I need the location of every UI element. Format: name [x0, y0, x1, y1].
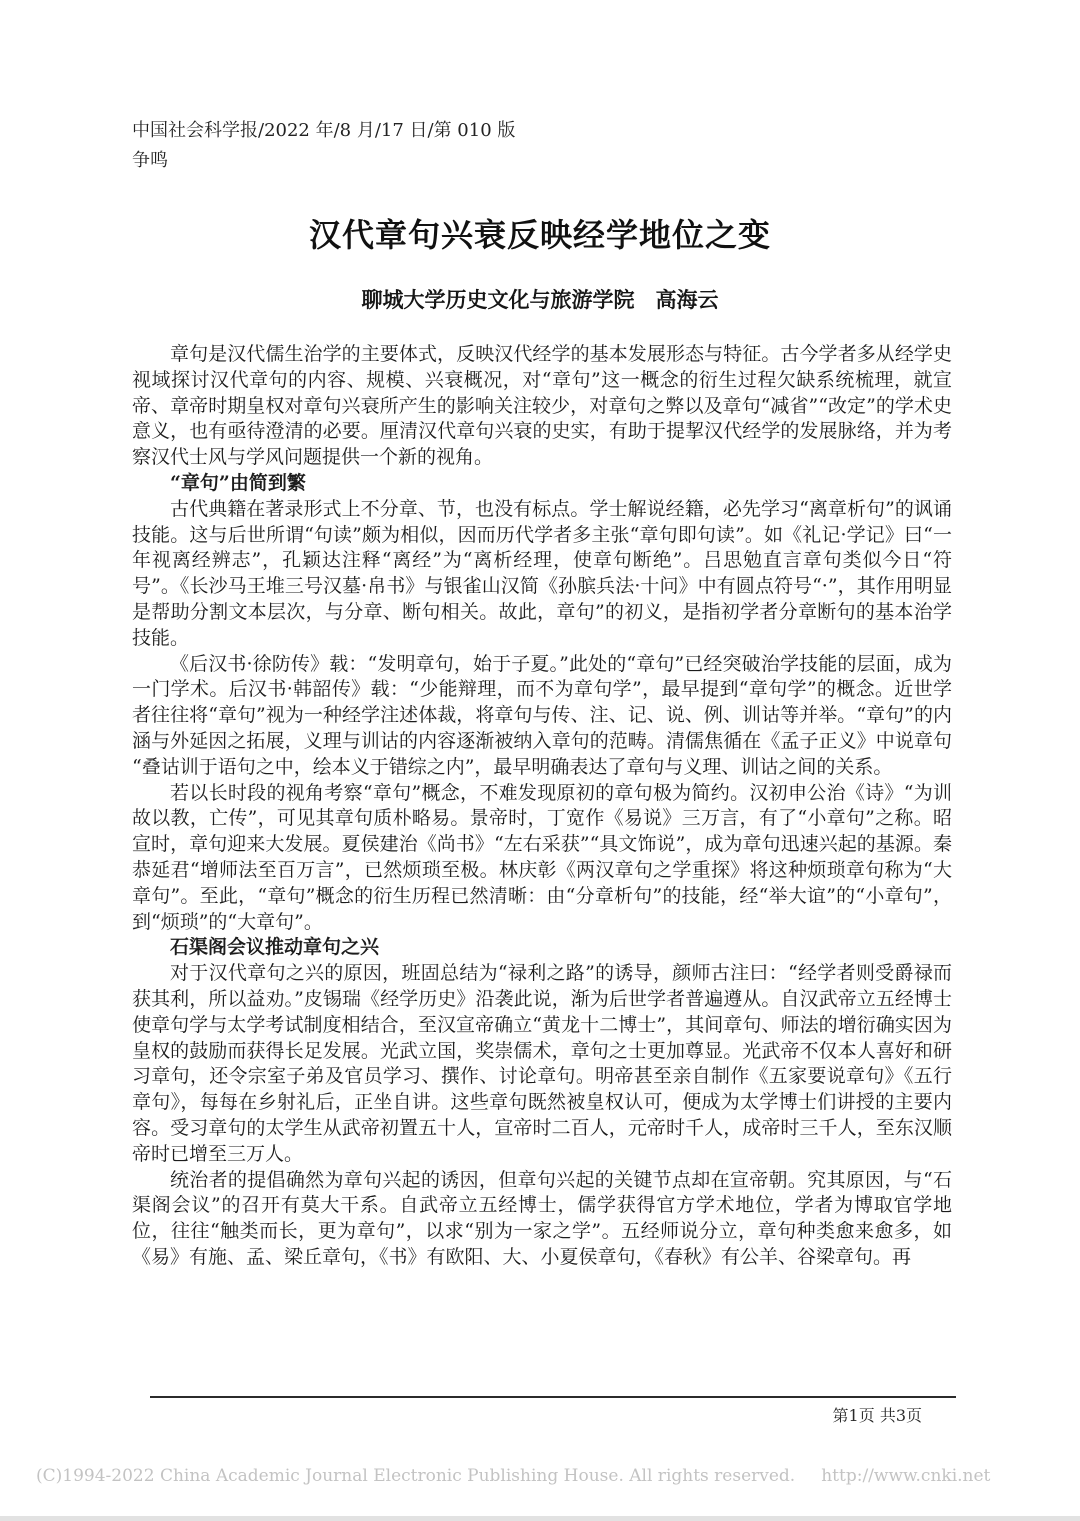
- copyright-text: (C)1994-2022 China Academic Journal Elec…: [36, 1466, 795, 1486]
- body-paragraph: 古代典籍在著录形式上不分章、节，也没有标点。学士解说经籍，必先学习“离章析句”的…: [132, 497, 952, 652]
- source-line: 中国社会科学报/2022 年/8 月/17 日/第 010 版: [132, 116, 950, 146]
- page-bottom-edge: [0, 1516, 1080, 1521]
- document-page: 中国社会科学报/2022 年/8 月/17 日/第 010 版 争鸣 汉代章句兴…: [0, 0, 1080, 1521]
- footer-rule: [150, 1396, 956, 1398]
- section-heading: 石渠阁会议推动章句之兴: [132, 935, 952, 961]
- body-paragraph: 若以长时段的视角考察“章句”概念，不难发现原初的章句极为简约。汉初申公治《诗》“…: [132, 781, 952, 936]
- copyright-line: (C)1994-2022 China Academic Journal Elec…: [36, 1466, 1044, 1486]
- masthead: 中国社会科学报/2022 年/8 月/17 日/第 010 版 争鸣: [132, 116, 950, 176]
- page-indicator: 第1页 共3页: [833, 1403, 922, 1426]
- body-paragraph: 《后汉书·徐防传》载：“发明章句，始于子夏。”此处的“章句”已经突破治学技能的层…: [132, 652, 952, 781]
- article-body: 章句是汉代儒生治学的主要体式，反映汉代经学的基本发展形态与特征。古今学者多从经学…: [132, 342, 952, 1271]
- body-paragraph: 对于汉代章句之兴的原因，班固总结为“禄利之路”的诱导，颜师古注曰：“经学者则受爵…: [132, 961, 952, 1167]
- body-paragraph: 统治者的提倡确然为章句兴起的诱因，但章句兴起的关键节点却在宣帝朝。究其原因，与“…: [132, 1168, 952, 1271]
- body-paragraph: 章句是汉代儒生治学的主要体式，反映汉代经学的基本发展形态与特征。古今学者多从经学…: [132, 342, 952, 471]
- byline: 聊城大学历史文化与旅游学院 高海云: [110, 284, 970, 314]
- section-heading: “章句”由简到繁: [132, 471, 952, 497]
- copyright-url: http://www.cnki.net: [821, 1466, 990, 1486]
- column-name: 争鸣: [132, 146, 950, 176]
- article-title: 汉代章句兴衰反映经学地位之变: [110, 210, 970, 256]
